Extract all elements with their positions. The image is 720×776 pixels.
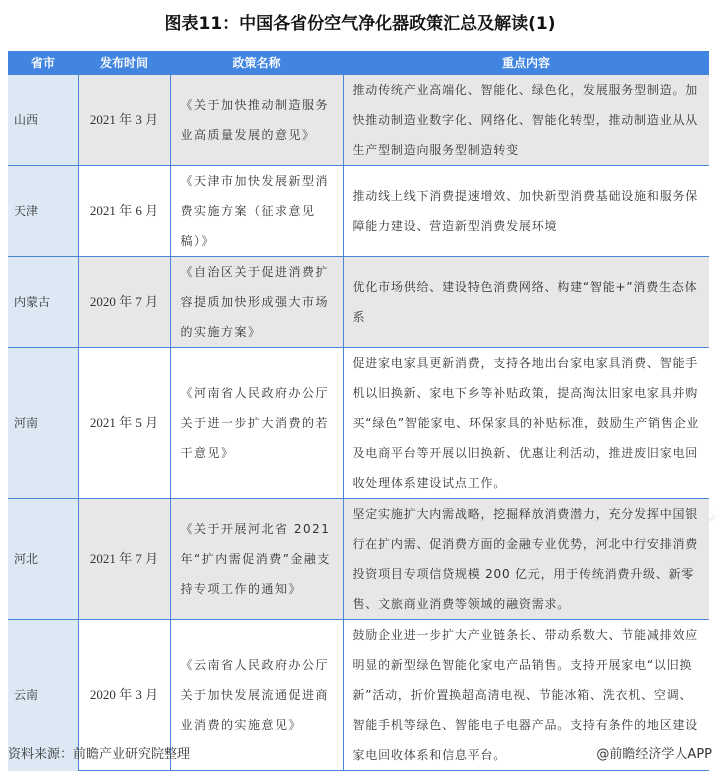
cell-date: 2020 年 7 月	[78, 257, 170, 348]
header-date: 发布时间	[78, 51, 170, 75]
table-row: 河南 2021 年 5 月 《河南省人民政府办公厅关于进一步扩大消费的若干意见》…	[8, 348, 709, 499]
table-row: 天津 2021 年 6 月 《天津市加快发展新型消费实施方案（征求意见稿）》 推…	[8, 166, 709, 257]
cell-date: 2021 年 7 月	[78, 499, 170, 620]
table-row: 山西 2021 年 3 月 《关于加快推动制造服务业高质量发展的意见》 推动传统…	[8, 75, 709, 166]
table-row: 内蒙古 2020 年 7 月 《自治区关于促进消费扩容提质加快形成强大市场的实施…	[8, 257, 709, 348]
cell-date: 2021 年 6 月	[78, 166, 170, 257]
policy-table: 省市 发布时间 政策名称 重点内容 山西 2021 年 3 月 《关于加快推动制…	[8, 51, 709, 771]
source-note: 资料来源：前瞻产业研究院整理	[8, 743, 190, 762]
cell-policy-name: 《自治区关于促进消费扩容提质加快形成强大市场的实施方案》	[170, 257, 343, 348]
cell-province: 内蒙古	[8, 257, 78, 348]
header-key-content: 重点内容	[343, 51, 709, 75]
cell-province: 河南	[8, 348, 78, 499]
cell-province: 山西	[8, 75, 78, 166]
cell-key-content: 促进家电家具更新消费，支持各地出台家电家具消费、智能手机以旧换新、家电下乡等补贴…	[343, 348, 709, 499]
cell-policy-name: 《关于加快推动制造服务业高质量发展的意见》	[170, 75, 343, 166]
table-row: 河北 2021 年 7 月 《关于开展河北省 2021 年“扩内需促消费”金融支…	[8, 499, 709, 620]
cell-key-content: 推动线上线下消费提速增效、加快新型消费基础设施和服务保障能力建设、营造新型消费发…	[343, 166, 709, 257]
cell-policy-name: 《云南省人民政府办公厅关于加快发展流通促进商业消费的实施意见》	[170, 620, 343, 771]
header-province: 省市	[8, 51, 78, 75]
cell-date: 2021 年 3 月	[78, 75, 170, 166]
cell-policy-name: 《天津市加快发展新型消费实施方案（征求意见稿）》	[170, 166, 343, 257]
page-title: 图表11：中国各省份空气净化器政策汇总及解读(1)	[0, 9, 720, 34]
cell-province: 天津	[8, 166, 78, 257]
header-policy-name: 政策名称	[170, 51, 343, 75]
cell-key-content: 优化市场供给、建设特色消费网络、构建“智能+”消费生态体系	[343, 257, 709, 348]
cell-province: 河北	[8, 499, 78, 620]
credit-note: @前瞻经济学人APP	[596, 743, 712, 762]
cell-date: 2021 年 5 月	[78, 348, 170, 499]
cell-policy-name: 《关于开展河北省 2021 年“扩内需促消费”金融支持专项工作的通知》	[170, 499, 343, 620]
cell-key-content: 坚定实施扩大内需战略，挖掘释放消费潜力，充分发挥中国银行在扩内需、促消费方面的金…	[343, 499, 709, 620]
cell-policy-name: 《河南省人民政府办公厅关于进一步扩大消费的若干意见》	[170, 348, 343, 499]
cell-key-content: 推动传统产业高端化、智能化、绿色化，发展服务型制造。加快推动制造业数字化、网络化…	[343, 75, 709, 166]
table-header-row: 省市 发布时间 政策名称 重点内容	[8, 51, 709, 75]
